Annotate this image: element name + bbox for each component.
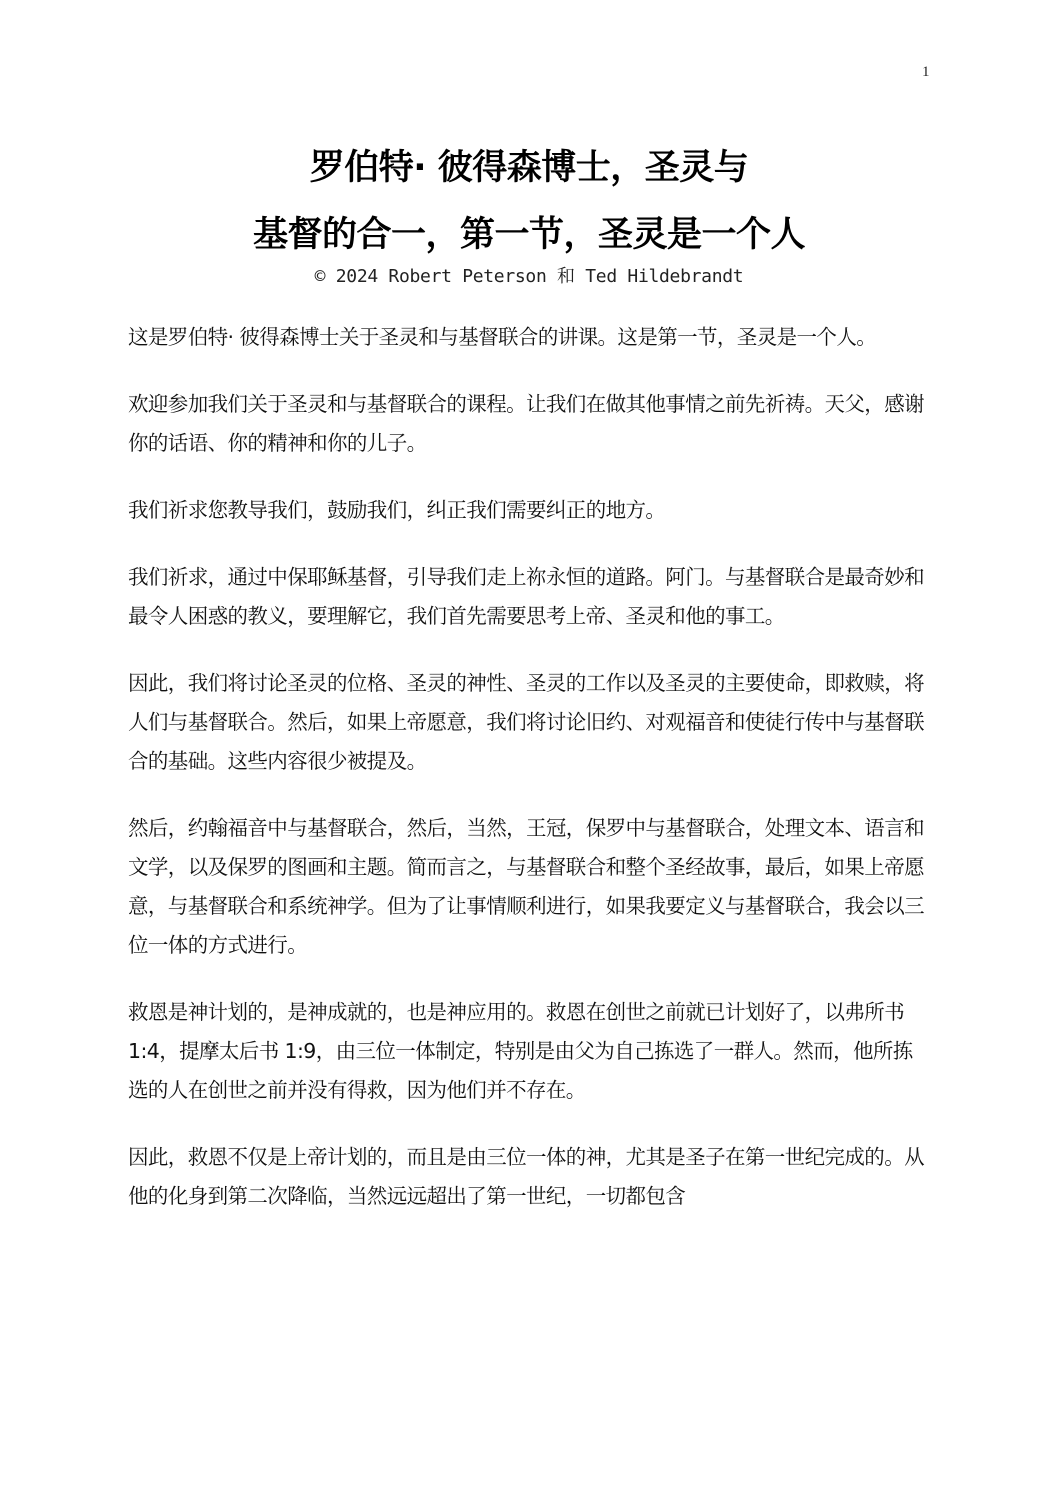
paragraph-course-outline: 因此，我们将讨论圣灵的位格、圣灵的神性、圣灵的工作以及圣灵的主要使命，即救赎，将… (128, 664, 928, 781)
document-title-line-2: 基督的合一，第一节，圣灵是一个人 (0, 207, 1058, 257)
paragraph-salvation-planned: 救恩是神计划的，是神成就的，也是神应用的。救恩在创世之前就已计划好了，以弗所书 … (128, 993, 928, 1110)
paragraph-prayer-amen: 我们祈求，通过中保耶稣基督，引导我们走上祢永恒的道路。阿门。与基督联合是最奇妙和… (128, 558, 928, 636)
document-title-line-1: 罗伯特· 彼得森博士，圣灵与 (0, 140, 1058, 190)
paragraph-welcome-prayer: 欢迎参加我们关于圣灵和与基督联合的课程。让我们在做其他事情之前先祈祷。天父，感谢… (128, 385, 928, 463)
page-number: 1 (922, 64, 930, 81)
paragraph-course-outline-continued: 然后，约翰福音中与基督联合，然后，当然，王冠，保罗中与基督联合，处理文本、语言和… (128, 809, 928, 965)
paragraph-intro: 这是罗伯特· 彼得森博士关于圣灵和与基督联合的讲课。这是第一节，圣灵是一个人。 (128, 318, 928, 357)
paragraph-prayer-request: 我们祈求您教导我们，鼓励我们，纠正我们需要纠正的地方。 (128, 491, 928, 530)
document-body: 这是罗伯特· 彼得森博士关于圣灵和与基督联合的讲课。这是第一节，圣灵是一个人。 … (128, 318, 928, 1244)
paragraph-salvation-accomplished: 因此，救恩不仅是上帝计划的，而且是由三位一体的神，尤其是圣子在第一世纪完成的。从… (128, 1138, 928, 1216)
copyright-notice: © 2024 Robert Peterson 和 Ted Hildebrandt (0, 262, 1058, 288)
